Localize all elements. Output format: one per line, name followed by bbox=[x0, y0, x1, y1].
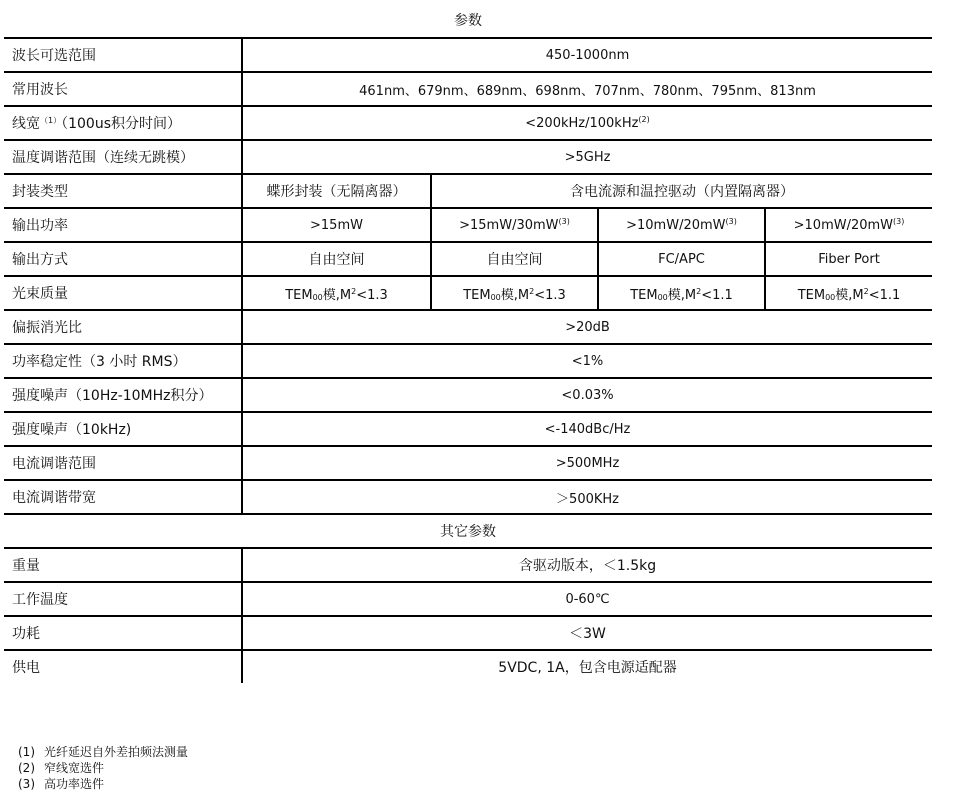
cell-col2: >15mW/30mW(3) bbox=[431, 208, 598, 242]
row-polarization: 偏振消光比 >20dB bbox=[4, 310, 932, 344]
row-label: 强度噪声（10kHz) bbox=[4, 412, 242, 446]
row-label: 封装类型 bbox=[4, 174, 242, 208]
m2-value: <1.1 bbox=[869, 288, 901, 303]
row-value: ＞500KHz bbox=[242, 480, 932, 514]
row-value: 5VDC, 1A，包含电源适配器 bbox=[242, 650, 932, 683]
row-power-supply: 供电 5VDC, 1A，包含电源适配器 bbox=[4, 650, 932, 683]
row-value: 461nm、679nm、689nm、698nm、707nm、780nm、795n… bbox=[242, 72, 932, 106]
row-label: 输出方式 bbox=[4, 242, 242, 276]
row-label: 功耗 bbox=[4, 616, 242, 650]
row-beam-quality: 光束质量 TEM00模,M2<1.3 TEM00模,M2<1.3 TEM00模,… bbox=[4, 276, 932, 310]
row-label: 重量 bbox=[4, 548, 242, 582]
cell-col4: TEM00模,M2<1.1 bbox=[765, 276, 932, 310]
row-output-power: 输出功率 >15mW >15mW/30mW(3) >10mW/20mW(3) >… bbox=[4, 208, 932, 242]
row-linewidth: 线宽（1）（100us积分时间） <200kHz/100kHz(2) bbox=[4, 106, 932, 140]
row-wavelength-range: 波长可选范围 450-1000nm bbox=[4, 38, 932, 72]
footnote-ref: (3) bbox=[559, 217, 570, 226]
row-value: >5GHz bbox=[242, 140, 932, 174]
cell-col1: TEM00模,M2<1.3 bbox=[242, 276, 431, 310]
footnote-text: 窄线宽选件 bbox=[44, 761, 104, 775]
row-power-consumption: 功耗 ＜3W bbox=[4, 616, 932, 650]
row-value: ＜3W bbox=[242, 616, 932, 650]
mode-text: 模,M bbox=[835, 288, 863, 303]
cell-col3: >10mW/20mW(3) bbox=[598, 208, 765, 242]
package-butterfly: 蝶形封装（无隔离器） bbox=[242, 174, 431, 208]
m2-value: <1.1 bbox=[701, 288, 733, 303]
cell-text: >10mW/20mW bbox=[794, 218, 893, 233]
section-header-other: 其它参数 bbox=[4, 514, 932, 548]
tem-text: TEM bbox=[463, 288, 490, 303]
tem-subscript: 00 bbox=[491, 293, 501, 302]
footnotes: (1)光纤延迟自外差拍频法测量 (2)窄线宽选件 (3)高功率选件 bbox=[18, 744, 188, 792]
row-value: <-140dBc/Hz bbox=[242, 412, 932, 446]
label-main: 线宽 bbox=[12, 116, 40, 132]
footnote-1: (1)光纤延迟自外差拍频法测量 bbox=[18, 744, 188, 760]
row-label: 偏振消光比 bbox=[4, 310, 242, 344]
row-common-wavelengths: 常用波长 461nm、679nm、689nm、698nm、707nm、780nm… bbox=[4, 72, 932, 106]
row-label: 常用波长 bbox=[4, 72, 242, 106]
row-value: <0.03% bbox=[242, 378, 932, 412]
package-driver: 含电流源和温控驱动（内置隔离器） bbox=[431, 174, 932, 208]
footnote-3: (3)高功率选件 bbox=[18, 776, 188, 792]
cell-col2: TEM00模,M2<1.3 bbox=[431, 276, 598, 310]
row-label: 温度调谐范围（连续无跳模） bbox=[4, 140, 242, 174]
footnote-text: 高功率选件 bbox=[44, 777, 104, 791]
row-temp-tuning: 温度调谐范围（连续无跳模） >5GHz bbox=[4, 140, 932, 174]
section-header-params: 参数 bbox=[4, 3, 932, 38]
row-label: 功率稳定性（3 小时 RMS） bbox=[4, 344, 242, 378]
tem-text: TEM bbox=[630, 288, 657, 303]
row-label: 光束质量 bbox=[4, 276, 242, 310]
m2-value: <1.3 bbox=[534, 288, 566, 303]
row-label: 波长可选范围 bbox=[4, 38, 242, 72]
cell-col1: 自由空间 bbox=[242, 242, 431, 276]
tem-subscript: 00 bbox=[313, 293, 323, 302]
row-value: <200kHz/100kHz(2) bbox=[242, 106, 932, 140]
row-output-mode: 输出方式 自由空间 自由空间 FC/APC Fiber Port bbox=[4, 242, 932, 276]
cell-col3: TEM00模,M2<1.1 bbox=[598, 276, 765, 310]
cell-text: >10mW/20mW bbox=[626, 218, 725, 233]
row-value: >20dB bbox=[242, 310, 932, 344]
row-value: <1% bbox=[242, 344, 932, 378]
tem-subscript: 00 bbox=[658, 293, 668, 302]
section-title: 参数 bbox=[4, 3, 932, 38]
cell-col4: Fiber Port bbox=[765, 242, 932, 276]
row-package: 封装类型 蝶形封装（无隔离器） 含电流源和温控驱动（内置隔离器） bbox=[4, 174, 932, 208]
row-intensity-noise-integrated: 强度噪声（10Hz-10MHz积分） <0.03% bbox=[4, 378, 932, 412]
row-label: 电流调谐范围 bbox=[4, 446, 242, 480]
row-value: >500MHz bbox=[242, 446, 932, 480]
cell-col1: >15mW bbox=[242, 208, 431, 242]
spec-table: 参数 波长可选范围 450-1000nm 常用波长 461nm、679nm、68… bbox=[4, 3, 932, 683]
row-label: 工作温度 bbox=[4, 582, 242, 616]
row-value: 0-60℃ bbox=[242, 582, 932, 616]
footnote-2: (2)窄线宽选件 bbox=[18, 760, 188, 776]
value-main: <200kHz/100kHz bbox=[525, 116, 638, 131]
footnote-number: (1) bbox=[18, 744, 44, 760]
footnote-ref: (3) bbox=[893, 217, 904, 226]
row-label: 供电 bbox=[4, 650, 242, 683]
tem-subscript: 00 bbox=[825, 293, 835, 302]
footnote-text: 光纤延迟自外差拍频法测量 bbox=[44, 745, 188, 759]
m2-value: <1.3 bbox=[356, 288, 388, 303]
cell-text: >15mW/30mW bbox=[459, 218, 558, 233]
row-value: 450-1000nm bbox=[242, 38, 932, 72]
row-label: 输出功率 bbox=[4, 208, 242, 242]
row-intensity-noise-10k: 强度噪声（10kHz) <-140dBc/Hz bbox=[4, 412, 932, 446]
footnote-number: (3) bbox=[18, 776, 44, 792]
footnote-ref: (2) bbox=[638, 115, 649, 124]
footnote-number: (2) bbox=[18, 760, 44, 776]
row-label: 强度噪声（10Hz-10MHz积分） bbox=[4, 378, 242, 412]
tem-text: TEM bbox=[798, 288, 825, 303]
row-operating-temp: 工作温度 0-60℃ bbox=[4, 582, 932, 616]
row-current-tuning-range: 电流调谐范围 >500MHz bbox=[4, 446, 932, 480]
mode-text: 模,M bbox=[323, 288, 351, 303]
tem-text: TEM bbox=[285, 288, 312, 303]
footnote-ref: （1） bbox=[40, 116, 61, 125]
mode-text: 模,M bbox=[501, 288, 529, 303]
section-title: 其它参数 bbox=[4, 514, 932, 548]
cell-col3: FC/APC bbox=[598, 242, 765, 276]
row-power-stability: 功率稳定性（3 小时 RMS） <1% bbox=[4, 344, 932, 378]
mode-text: 模,M bbox=[668, 288, 696, 303]
label-tail: （100us积分时间） bbox=[61, 116, 181, 132]
footnote-ref: (3) bbox=[726, 217, 737, 226]
row-label: 线宽（1）（100us积分时间） bbox=[4, 106, 242, 140]
row-current-tuning-bandwidth: 电流调谐带宽 ＞500KHz bbox=[4, 480, 932, 514]
cell-col4: >10mW/20mW(3) bbox=[765, 208, 932, 242]
row-weight: 重量 含驱动版本，＜1.5kg bbox=[4, 548, 932, 582]
row-value: 含驱动版本，＜1.5kg bbox=[242, 548, 932, 582]
row-label: 电流调谐带宽 bbox=[4, 480, 242, 514]
cell-col2: 自由空间 bbox=[431, 242, 598, 276]
